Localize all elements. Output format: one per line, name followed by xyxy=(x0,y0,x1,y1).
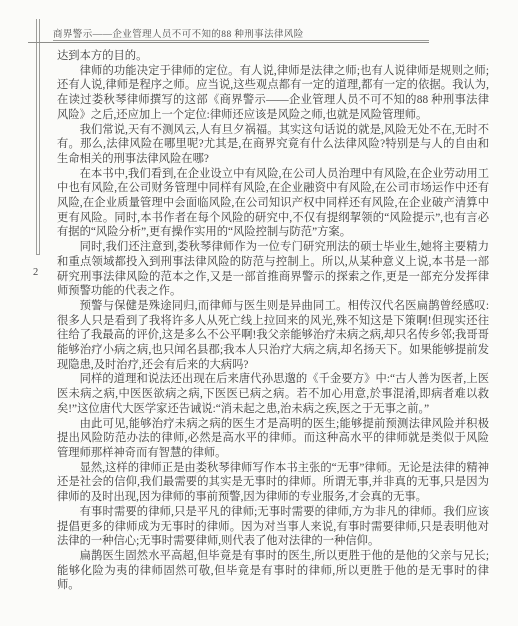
header-underline xyxy=(53,40,429,41)
header-rule xyxy=(28,42,429,43)
margin-ornament-bar xyxy=(36,19,40,255)
paragraph: 同样的道理和说法还出现在后来唐代孙思邈的《千金要方》中:“古人善为医者,上医医未… xyxy=(57,372,489,416)
paragraph: 显然,这样的律师正是由娄秋琴律师写作本书主张的“无事”律师。无论是法律的精神还是… xyxy=(57,461,489,505)
paragraph: 预警与保健是殊途同归,而律师与医生则是异曲同工。相传汉代名医扁鹊曾经感叹:很多人… xyxy=(57,299,489,373)
body-text-block: 达到本方的目的。 律师的功能决定于律师的定位。有人说,律师是法律之师;也有人说律… xyxy=(57,49,489,593)
paragraph: 在本书中,我们看到,在企业设立中有风险,在公司人员治理中有风险,在企业劳动用工中… xyxy=(57,167,489,241)
paragraph: 律师的功能决定于律师的定位。有人说,律师是法律之师;也有人说律师是规则之师;还有… xyxy=(57,64,489,123)
book-page: 商界警示——企业管理人员不可不知的88 种刑事法律风险 2 达到本方的目的。 律… xyxy=(0,0,518,626)
paragraph: 有事时需要的律师,只是平凡的律师;无事时需要的律师,方为非凡的律师。我们应该提倡… xyxy=(57,505,489,549)
paragraph: 我们常说,天有不测风云,人有旦夕祸福。其实这句话说的就是,风险无处不在,无时不有… xyxy=(57,123,489,167)
paragraph: 扁鹊医生固然水平高超,但毕竟是有事时的医生,所以更胜于他的是他的父亲与兄长;能够… xyxy=(57,549,489,593)
paragraph: 同时,我们还注意到,娄秋琴律师作为一位专门研究刑法的硕士毕业生,她将主要精力和重… xyxy=(57,240,489,299)
running-header-title: 商界警示——企业管理人员不可不知的88 种刑事法律风险 xyxy=(53,26,304,40)
paragraph: 达到本方的目的。 xyxy=(57,49,489,64)
page-number: 2 xyxy=(33,267,38,278)
paragraph: 由此可见,能够治疗未病之病的医生才是高明的医生;能够提前预测法律风险并积极提出风… xyxy=(57,417,489,461)
